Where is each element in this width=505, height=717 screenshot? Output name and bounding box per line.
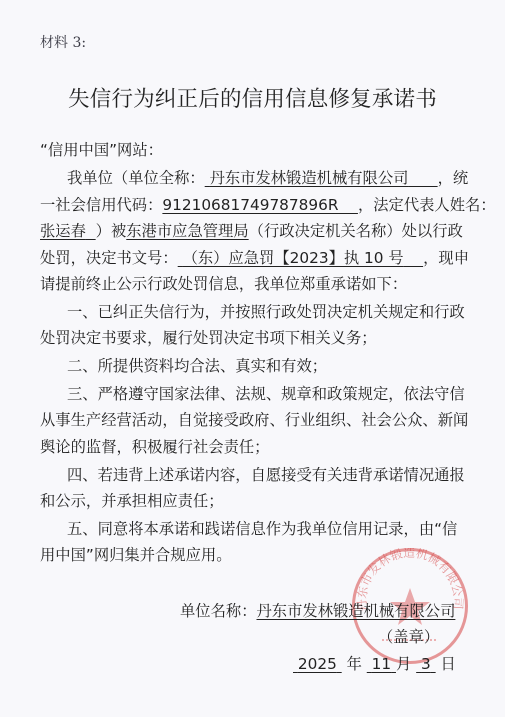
commitment-3-line-2: 从事生产经营活动，自觉接受政府、行业组织、社会公众、新闻 [40, 410, 468, 430]
commitment-4-line-1: 四、若违背上述承诺内容，自愿接受有关违背承诺情况通报 [67, 465, 465, 485]
signature-unit: 单位名称：丹东市发林锻造机械有限公司 [180, 601, 455, 621]
date-day: 3 [416, 655, 435, 673]
material-label: 材料 3: [40, 32, 86, 52]
commitment-3-line-1: 三、严格遵守国家法律、法规、规章和政策规定，依法守信 [67, 384, 465, 404]
commitment-3-line-3: 舆论的监督，积极履行社会责任； [40, 437, 269, 457]
decision-number-field: （东）应急罚【2023】执 10 号 [178, 249, 423, 267]
commitment-5-line-2: 用中国”网归集并合规应用。 [40, 545, 232, 565]
authority-field: 东港市应急管理局 [126, 222, 248, 240]
date-year: 2025 [293, 655, 342, 673]
intro-line-4: 处罚，决定书文号： （东）应急罚【2023】执 10 号 ，现申 [40, 248, 469, 268]
seal-note: （盖章） [378, 627, 439, 647]
date-month: 11 [367, 655, 396, 673]
commitment-1-line-1: 一、已纠正失信行为，并按照行政处罚决定机关规定和行政 [67, 302, 465, 322]
intro-line-3: 张运春 ）被东港市应急管理局（行政决定机关名称）处以行政 [40, 221, 463, 241]
commitment-4-line-2: 和公示，并承担相应责任； [40, 491, 224, 511]
commitment-2-line-1: 二、所提供资料均合法、真实和有效； [67, 356, 327, 376]
intro-line-2: 一社会信用代码：91210681749787896R ，法定代表人姓名： [40, 195, 496, 215]
commitment-1-line-2: 处罚决定书要求，履行处罚决定书项下相关义务； [40, 328, 377, 348]
salutation: “信用中国”网站： [40, 140, 163, 160]
company-name-field: 丹东市发林锻造机械有限公司 [205, 169, 438, 187]
legal-rep-field: 张运春 [40, 222, 96, 240]
commitment-5-line-1: 五、同意将本承诺和践诺信息作为我单位信用记录，由“信 [67, 519, 457, 539]
intro-line-5: 请提前终止公示行政处罚信息，我单位郑重承诺如下： [40, 274, 407, 294]
signature-date: 2025 年 11 月 3 日 [293, 654, 456, 674]
signature-unit-name: 丹东市发林锻造机械有限公司 [257, 602, 456, 620]
intro-line-1: 我单位（单位全称： 丹东市发林锻造机械有限公司 ，统 [67, 168, 468, 188]
document-title: 失信行为纠正后的信用信息修复承诺书 [0, 82, 505, 113]
document-page: 材料 3: 失信行为纠正后的信用信息修复承诺书 “信用中国”网站： 我单位（单位… [0, 0, 505, 717]
credit-code-field: 91210681749787896R [162, 196, 358, 214]
